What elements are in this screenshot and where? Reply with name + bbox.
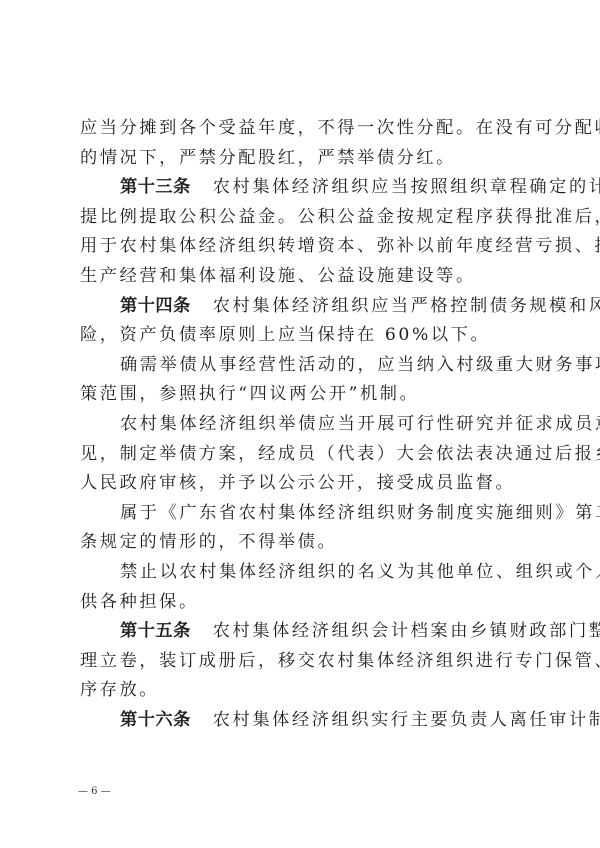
- article-heading: 第十六条: [120, 710, 191, 730]
- article-14-line: 第十四条农村集体经济组织应当严格控制债务规模和风: [80, 292, 522, 322]
- article-heading: 第十三条: [120, 177, 191, 197]
- document-body: 应当分摊到各个受益年度，不得一次性分配。在没有可分配收益 的情况下，严禁分配股红…: [80, 114, 522, 735]
- text-line: 禁止以农村集体经济组织的名义为其他单位、组织或个人提: [80, 558, 522, 588]
- page-number: — 6 —: [78, 786, 111, 797]
- text-line: 的情况下，严禁分配股红，严禁举债分红。: [80, 144, 522, 174]
- article-15-line: 第十五条农村集体经济组织会计档案由乡镇财政部门整: [80, 617, 522, 647]
- text-line: 用于农村集体经济组织转增资本、弥补以前年度经营亏损、扩大: [80, 232, 522, 262]
- text-line: 确需举债从事经营性活动的，应当纳入村级重大财务事项决: [80, 351, 522, 381]
- article-16-line: 第十六条农村集体经济组织实行主要负责人离任审计制: [80, 706, 522, 736]
- text-line: 策范围，参照执行“四议两公开”机制。: [80, 380, 522, 410]
- text-line: 供各种担保。: [80, 588, 522, 618]
- text-span: 农村集体经济组织应当严格控制债务规模和风: [213, 296, 600, 316]
- text-line: 条规定的情形的，不得举债。: [80, 528, 522, 558]
- text-line: 见，制定举债方案，经成员（代表）大会依法表决通过后报乡镇: [80, 440, 522, 470]
- text-line: 理立卷，装订成册后，移交农村集体经济组织进行专门保管、有: [80, 647, 522, 677]
- text-line: 属于《广东省农村集体经济组织财务制度实施细则》第二十: [80, 499, 522, 529]
- text-line: 险，资产负债率原则上应当保持在 60%以下。: [80, 321, 522, 351]
- text-span: 农村集体经济组织应当按照组织章程确定的计: [213, 177, 600, 197]
- text-span: 农村集体经济组织实行主要负责人离任审计制: [213, 710, 600, 730]
- text-line: 农村集体经济组织举债应当开展可行性研究并征求成员意: [80, 410, 522, 440]
- text-line: 提比例提取公积公益金。公积公益金按规定程序获得批准后，可: [80, 203, 522, 233]
- article-heading: 第十四条: [120, 296, 191, 316]
- text-span: 农村集体经济组织会计档案由乡镇财政部门整: [213, 621, 600, 641]
- article-heading: 第十五条: [120, 621, 191, 641]
- article-13-line: 第十三条农村集体经济组织应当按照组织章程确定的计: [80, 173, 522, 203]
- text-line: 人民政府审核，并予以公示公开，接受成员监督。: [80, 469, 522, 499]
- text-line: 序存放。: [80, 676, 522, 706]
- text-line: 应当分摊到各个受益年度，不得一次性分配。在没有可分配收益: [80, 114, 522, 144]
- text-line: 生产经营和集体福利设施、公益设施建设等。: [80, 262, 522, 292]
